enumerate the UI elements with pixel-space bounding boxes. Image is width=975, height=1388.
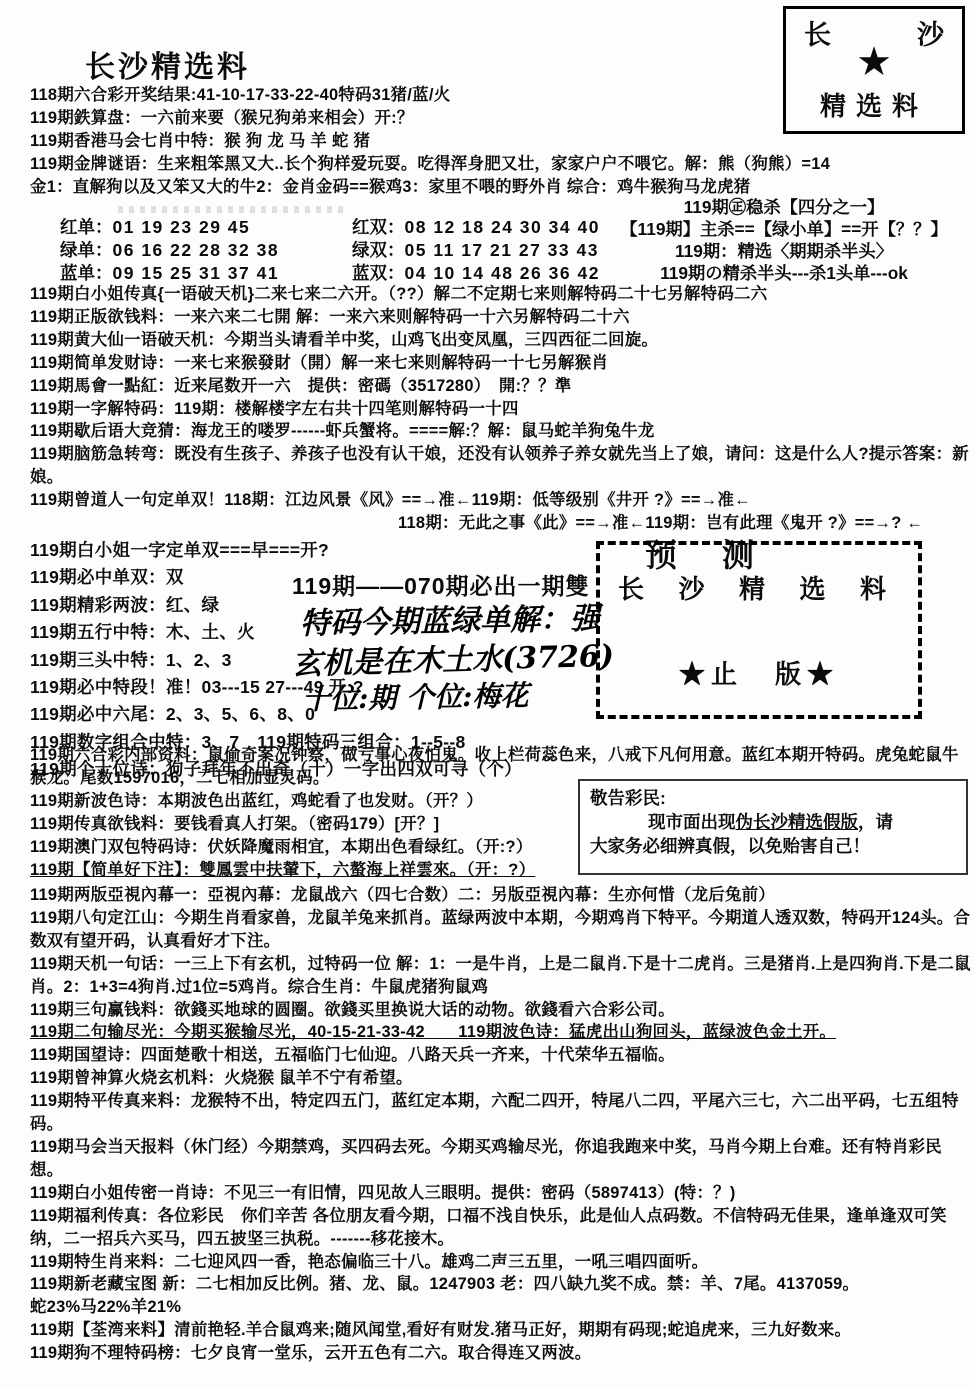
green-even-values: 05 11 17 21 27 33 43 bbox=[405, 240, 599, 260]
notice-line-1-underlined: 伪长沙精选假版 bbox=[736, 812, 859, 832]
notice-line-2: 大家务必细辨真假，以免贻害自己！ bbox=[590, 834, 956, 858]
line-eight-sentences: 119期八句定江山：今期生肖看家兽，龙鼠羊兔来抓肖。蓝绿两波中本期，今期鸡肖下特… bbox=[30, 907, 975, 953]
line-goubuli-list: 119期狗不理特码榜：七夕良宵一堂乐，云开五色有二六。取合得连又两波。 bbox=[30, 1342, 975, 1365]
green-odd-label: 绿单： bbox=[60, 240, 113, 260]
line-half-head-kill: 119期の精杀半头---杀1头单---ok bbox=[598, 262, 970, 284]
stamp-stop-edition: ★止 版★ bbox=[679, 654, 839, 691]
kill-block: 119期㊣稳杀【四分之一】 【119期】主杀==【绿小单】==开【？？】 119… bbox=[598, 196, 970, 284]
newspaper-page: 长沙精选料 长 沙 ★ 精选料 118期六合彩开奖结果:41-10-17-33-… bbox=[0, 0, 975, 1388]
blue-even-label: 蓝双： bbox=[352, 263, 405, 283]
red-odd-cell: 红单：01 19 23 29 45 bbox=[60, 216, 352, 239]
red-odd-values: 01 19 23 29 45 bbox=[113, 217, 251, 237]
green-odd-cell: 绿单：06 16 22 28 32 38 bbox=[60, 239, 352, 262]
line-same-day-report: 119期马会当天报料（休门经）今期禁鸡，买四码去死。今期买鸡输尽光，你追我跑来中… bbox=[30, 1136, 975, 1182]
line-secret-zodiac-poem: 119期白小姐传密一肖诗：不见三一有旧情，四见故人三眼明。提供：密码（58974… bbox=[30, 1182, 975, 1205]
red-even-values: 08 12 18 24 30 34 40 bbox=[405, 217, 600, 237]
line-huangdaxian: 119期黄大仙一语破天机：今期当头请看羊中奖，山鸡飞出变凤凰，三四西征二回旋。 bbox=[30, 329, 975, 352]
page-title: 长沙精选料 bbox=[85, 42, 250, 86]
line-zengdaoren-1: 119期曾道人一句定单双！118期：江边风景《风》==→准←119期：低等级别《… bbox=[30, 489, 975, 512]
line-main-kill: 【119期】主杀==【绿小单】==开【？？】 bbox=[598, 218, 970, 240]
faint-smudge bbox=[118, 206, 348, 213]
line-brain-teaser: 119期脑筋急转弯：既没有生孩子、养孩子也没有认干娘，还没有认领养子养女就先当上… bbox=[30, 443, 975, 489]
stamp-title: 长 沙 精 选 料 bbox=[618, 569, 900, 606]
line-macau-poem: 119期澳门双包特码诗：伏妖降魔雨相宜，本期出色看绿红。（开:?） bbox=[30, 836, 590, 859]
line-treasure-map: 119期新老藏宝图 新：二七相加反比例。猪、龙、鼠。1247903 老：四八缺九… bbox=[30, 1273, 975, 1296]
blue-odd-values: 09 15 25 31 37 41 bbox=[113, 263, 280, 283]
notice-title: 敬告彩民: bbox=[590, 786, 956, 810]
line-teping-fax: 119期特平传真来料：龙猴特不出，特定四五门，蓝红定本期，六配二四开，特尾八二四… bbox=[30, 1090, 975, 1136]
line-yuqian-liao: 119期正版欲钱料：一来六来二七開 解：一来六来则解特码一十六另解特码二十六 bbox=[30, 306, 975, 329]
top-lines-block: 118期六合彩开奖结果:41-10-17-33-22-40特码31猪/蓝/火 1… bbox=[30, 84, 975, 199]
line-zengshensuan: 119期曾神算火烧玄机料：火烧猴 鼠羊不宁有希望。 bbox=[30, 1067, 975, 1090]
stop-edition-stamp: 长 沙 精 选 料 ★止 版★ bbox=[596, 541, 922, 719]
line-facai-poem: 119期简单发财诗：一来七来猴發財（開）解一来七来则解特码一十七另解猴肖 bbox=[30, 352, 975, 375]
line-seven-zodiac: 119期香港马会七肖中特：猴 狗 龙 马 羊 蛇 猪 bbox=[30, 130, 975, 153]
red-odd-label: 红单： bbox=[60, 217, 113, 237]
predict-brush-3: 十位:期 个位:梅花 bbox=[302, 674, 529, 718]
star-icon: ★ bbox=[796, 52, 952, 72]
list-item: 119期白小姐一字定单双===早===开? bbox=[30, 537, 650, 564]
line-special-zodiac: 119期特生肖来料：二七迎风四一香，艳态偏临三十八。雄鸡二声三五里，一吼三唱四面… bbox=[30, 1251, 975, 1274]
corner-char-1: 长 bbox=[804, 13, 831, 52]
line-mahui-red-dot: 119期馬會一點紅：近来尾数开一六 提供：密碼（3517280） 開:？？準 bbox=[30, 375, 975, 398]
red-even-label: 红双： bbox=[352, 217, 405, 237]
line-iron-abacus: 119期鉄算盘：一六前来要（猴兄狗弟来相会）开:？ bbox=[30, 107, 975, 130]
green-odd-values: 06 16 22 28 32 38 bbox=[113, 240, 280, 260]
line-one-char-code: 119期一字解特码：119期：楼解楼字左右共十四笔则解特码一十四 bbox=[30, 398, 975, 421]
notice-box: 敬告彩民: 现市面出现伪长沙精选假版，请 大家务必细辨真假，以免贻害自己！ bbox=[578, 779, 968, 875]
corner-char-2: 沙 bbox=[917, 13, 944, 52]
mid-lines-block: 119期白小姐传真{一语破天机}二来七来二六开。（??）解二不定期七来则解特码二… bbox=[30, 283, 975, 535]
line-welfare-fax: 119期福利传真：各位彩民 你们辛苦 各位朋友看今期，口福不浅自快乐，此是仙人点… bbox=[30, 1205, 975, 1251]
line-xiehouyu: 119期歇后语大竞猜：海龙王的喽罗------虾兵蟹将。====解:？解：鼠马蛇… bbox=[30, 420, 975, 443]
blue-odd-label: 蓝单： bbox=[60, 263, 113, 283]
line-zengdaoren-2: 118期：无此之事《此》==→准←119期：岂有此理《鬼开 ?》==→? ← bbox=[30, 512, 975, 535]
blue-odd-cell: 蓝单：09 15 25 31 37 41 bbox=[60, 262, 352, 285]
line-stable-kill: 119期㊣稳杀【四分之一】 bbox=[598, 196, 970, 218]
green-even-label: 绿双： bbox=[352, 240, 405, 260]
notice-line-1-pre: 现市面出现 bbox=[648, 812, 736, 832]
line-three-win: 119期三句赢钱料：欲錢买地球的圆圈。欲錢买里换说大话的动物。欲錢看六合彩公司。 bbox=[30, 999, 975, 1022]
line-atv-insider: 119期两版亞視內幕一：亞視內幕：龙鼠战六（四七合数）二：另版亞視內幕：生亦何惜… bbox=[30, 884, 975, 907]
notice-line-1-post: ，请 bbox=[858, 812, 893, 832]
line-gold-riddle: 119期金牌谜语：生来粗笨黑又大..长个狗样爱玩耍。吃得浑身肥又壮，家家户户不喂… bbox=[30, 153, 975, 176]
line-guowang-poem: 119期国望诗：四面楚歌十相送，五福临门七仙迎。八路天兵一齐来，十代荣华五福临。 bbox=[30, 1044, 975, 1067]
line-draw-result: 118期六合彩开奖结果:41-10-17-33-22-40特码31猪/蓝/火 bbox=[30, 84, 975, 107]
notice-line-1: 现市面出现伪长沙精选假版，请 bbox=[590, 810, 956, 834]
line-selected-kill: 119期：精选〈期期杀半头〉 bbox=[598, 240, 970, 262]
blue-even-values: 04 10 14 48 26 36 42 bbox=[405, 263, 600, 283]
line-easy-bet: 119期【简单好下注】：雙鳳雲中扶輦下，六螯海上祥雲來。（开：?） bbox=[30, 859, 630, 882]
line-quanwan-material: 119期【荃湾来料】清前艳轻.羊合鼠鸡来;随风闻堂,看好有财发.猪马正好，期期有… bbox=[30, 1319, 975, 1342]
zone5-block: 119期两版亞視內幕一：亞視內幕：龙鼠战六（四七合数）二：另版亞視內幕：生亦何惜… bbox=[30, 884, 975, 1365]
line-fax-money: 119期传真欲钱料：要钱看真人打架。（密码179）[开？] bbox=[30, 813, 590, 836]
line-baixiaojie-fax: 119期白小姐传真{一语破天机}二来七来二六开。（??）解二不定期七来则解特码二… bbox=[30, 283, 975, 306]
line-two-lose: 119期二句输尽光：今期买猴输尽光，40-15-21-33-42 119期波色诗… bbox=[30, 1021, 975, 1044]
line-tianji-sentence: 119期天机一句话：一三上下有玄机，过特码一位 解：1：一是牛肖，上是二鼠肖.下… bbox=[30, 953, 975, 999]
line-treasure-map-percent: 蛇23%马22%羊21% bbox=[30, 1296, 975, 1319]
